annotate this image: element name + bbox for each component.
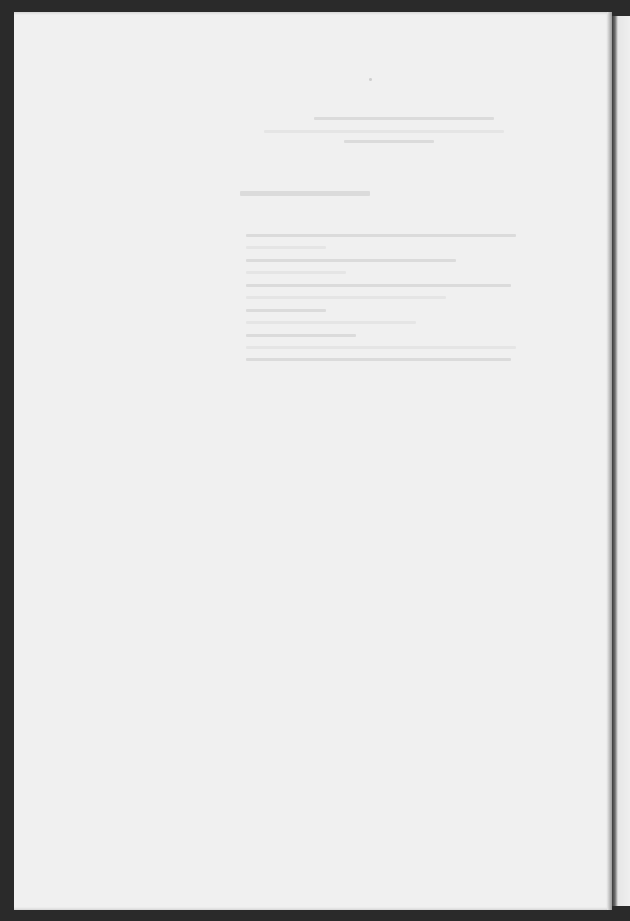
bleed-through-line bbox=[246, 309, 326, 312]
bleed-through-title bbox=[240, 191, 370, 196]
bleed-through-line bbox=[344, 140, 434, 143]
bleed-through-line bbox=[246, 296, 446, 299]
bleed-through-line bbox=[246, 271, 346, 274]
bleed-through-line bbox=[264, 130, 504, 133]
bleed-through-line bbox=[246, 259, 456, 262]
page-edge-shadow bbox=[607, 12, 612, 910]
bleed-through-line bbox=[246, 284, 511, 287]
bleed-through-line bbox=[246, 358, 511, 361]
bleed-through-line bbox=[314, 117, 494, 120]
scanned-page bbox=[14, 12, 612, 910]
bleed-through-line bbox=[246, 234, 516, 237]
bleed-through-line bbox=[246, 346, 516, 349]
bleed-through-line bbox=[246, 321, 416, 324]
bleed-through-line bbox=[246, 334, 356, 337]
adjacent-page-edge bbox=[612, 16, 630, 906]
bleed-through-mark bbox=[369, 78, 372, 81]
bleed-through-line bbox=[246, 246, 326, 249]
